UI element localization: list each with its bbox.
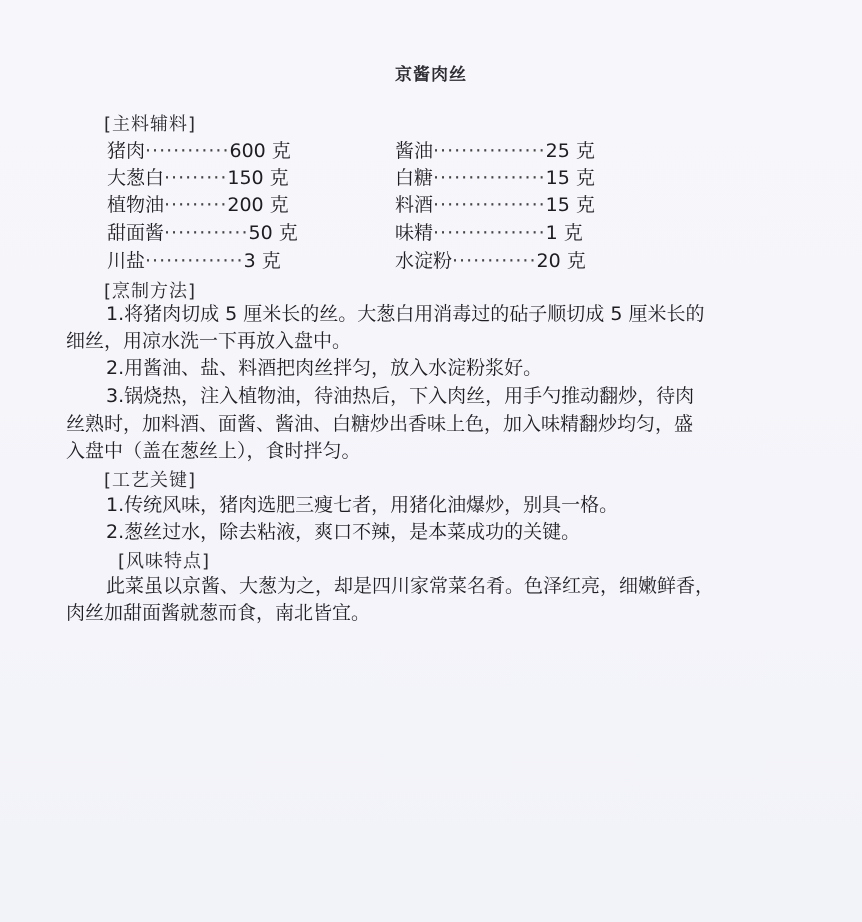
ingredient-row: 白糖················15 克: [395, 165, 595, 191]
ingredient-row: 大葱白·········150 克: [107, 165, 289, 191]
flavor-line: 肉丝加甜面酱就葱而食，南北皆宜。: [66, 600, 370, 628]
ingredient-name: 味精: [395, 220, 433, 246]
ingredient-name: 料酒: [395, 192, 433, 218]
method-heading: [烹制方法]: [104, 277, 196, 303]
ingredient-name: 水淀粉: [395, 248, 452, 274]
ingredient-name: 甜面酱: [107, 220, 164, 246]
ingredient-amount: 20 克: [537, 248, 586, 274]
ingredient-name: 酱油: [395, 138, 433, 164]
ingredient-row: 料酒················15 克: [395, 192, 595, 218]
leader-dots: ·········: [164, 165, 227, 191]
leader-dots: ············: [164, 220, 248, 246]
ingredient-name: 川盐: [107, 248, 145, 274]
leader-dots: ··············: [145, 248, 244, 274]
method-line: 丝熟时，加料酒、面酱、酱油、白糖炒出香味上色，加入味精翻炒均匀，盛: [66, 411, 693, 439]
method-line: 1.将猪肉切成 5 厘米长的丝。大葱白用消毒过的砧子顺切成 5 厘米长的: [106, 301, 704, 329]
leader-dots: ·········: [164, 192, 227, 218]
ingredient-amount: 1 克: [546, 220, 583, 246]
method-line: 3.锅烧热，注入植物油，待油热后，下入肉丝，用手勺推动翻炒，待肉: [106, 383, 694, 411]
ingredient-amount: 200 克: [227, 192, 288, 218]
ingredient-amount: 15 克: [546, 192, 595, 218]
method-line: 细丝，用凉水洗一下再放入盘中。: [66, 328, 351, 356]
ingredient-amount: 25 克: [546, 138, 595, 164]
ingredient-row: 甜面酱············50 克: [107, 220, 298, 246]
ingredient-name: 白糖: [395, 165, 433, 191]
key-point-line: 2.葱丝过水，除去粘液，爽口不辣，是本菜成功的关键。: [106, 519, 580, 547]
ingredient-row: 味精················1 克: [395, 220, 583, 246]
ingredient-amount: 150 克: [227, 165, 288, 191]
leader-dots: ················: [433, 220, 546, 246]
recipe-title: 京酱肉丝: [0, 60, 862, 85]
leader-dots: ················: [433, 192, 546, 218]
key-point-line: 1.传统风味，猪肉选肥三瘦七者，用猪化油爆炒，别具一格。: [106, 492, 618, 520]
ingredient-name: 植物油: [107, 192, 164, 218]
ingredient-row: 川盐··············3 克: [107, 248, 281, 274]
ingredient-row: 植物油·········200 克: [107, 192, 289, 218]
ingredient-amount: 3 克: [244, 248, 281, 274]
flavor-heading: [风味特点]: [118, 547, 210, 573]
leader-dots: ················: [433, 138, 546, 164]
ingredient-row: 猪肉············600 克: [107, 138, 291, 164]
ingredient-row: 酱油················25 克: [395, 138, 595, 164]
leader-dots: ················: [433, 165, 546, 191]
ingredient-name: 大葱白: [107, 165, 164, 191]
method-line: 入盘中（盖在葱丝上），食时拌匀。: [66, 438, 361, 466]
key-points-heading: [工艺关键]: [104, 466, 196, 492]
document-page: 京酱肉丝 [主料辅料] 猪肉············600 克 大葱白·····…: [0, 0, 862, 922]
ingredient-amount: 50 克: [249, 220, 298, 246]
leader-dots: ············: [145, 138, 229, 164]
ingredient-row: 水淀粉············20 克: [395, 248, 586, 274]
leader-dots: ············: [452, 248, 536, 274]
ingredient-name: 猪肉: [107, 138, 145, 164]
method-line: 2.用酱油、盐、料酒把肉丝拌匀，放入水淀粉浆好。: [106, 355, 542, 383]
ingredients-heading: [主料辅料]: [104, 110, 196, 136]
ingredient-amount: 600 克: [230, 138, 291, 164]
ingredient-amount: 15 克: [546, 165, 595, 191]
flavor-line: 此菜虽以京酱、大葱为之，却是四川家常菜名肴。色泽红亮，细嫩鲜香，: [106, 573, 714, 601]
